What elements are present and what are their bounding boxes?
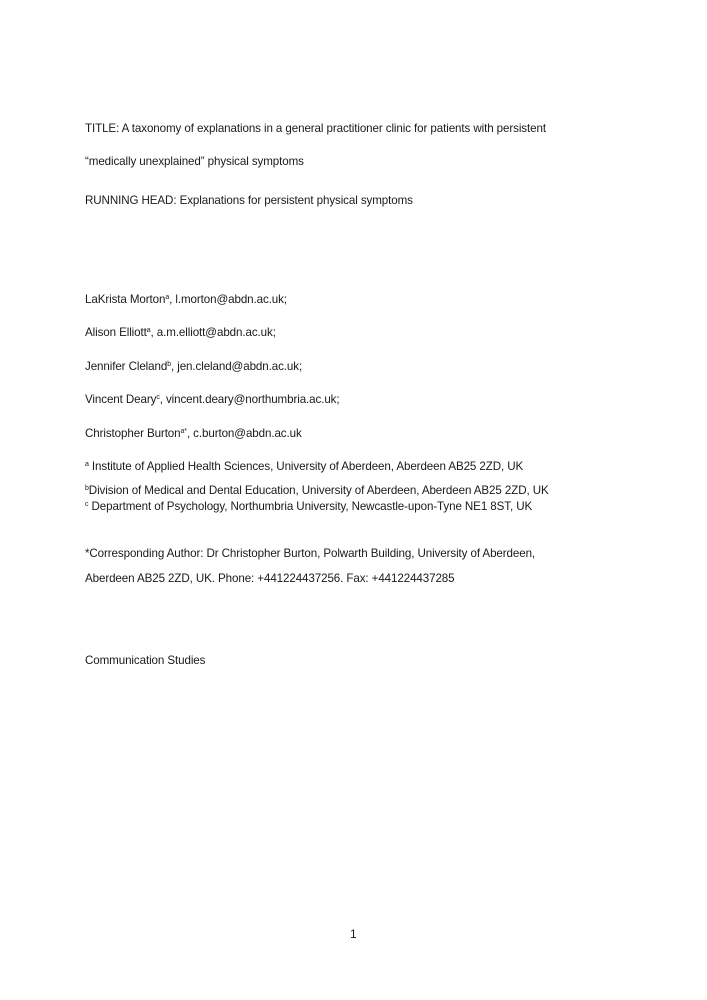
author-name: Vincent Deary xyxy=(85,393,156,406)
author-email: , vincent.deary@northumbria.ac.uk; xyxy=(160,393,340,406)
corresponding-line-2: Aberdeen AB25 2ZD, UK. Phone: +441224437… xyxy=(85,572,455,585)
journal-name: Communication Studies xyxy=(85,654,205,667)
corresponding-line-1: *Corresponding Author: Dr Christopher Bu… xyxy=(85,547,535,560)
author-email: , c.burton@abdn.ac.uk xyxy=(187,427,302,440)
author-5: Christopher Burtona*, c.burton@abdn.ac.u… xyxy=(85,427,302,440)
title-line-1: TITLE: A taxonomy of explanations in a g… xyxy=(85,122,546,135)
page-number: 1 xyxy=(350,927,357,941)
affiliation-text: Institute of Applied Health Sciences, Un… xyxy=(89,460,523,473)
author-1: LaKrista Mortona, l.morton@abdn.ac.uk; xyxy=(85,293,287,306)
author-name: Christopher Burton xyxy=(85,427,181,440)
author-name: Jennifer Cleland xyxy=(85,360,167,373)
author-4: Vincent Dearyc, vincent.deary@northumbri… xyxy=(85,393,340,406)
title-line-2: “medically unexplained” physical symptom… xyxy=(85,155,304,168)
author-3: Jennifer Clelandb, jen.cleland@abdn.ac.u… xyxy=(85,360,302,373)
author-email: , l.morton@abdn.ac.uk; xyxy=(169,293,287,306)
author-2: Alison Elliotta, a.m.elliott@abdn.ac.uk; xyxy=(85,326,276,339)
affiliation-c: c Department of Psychology, Northumbria … xyxy=(85,500,532,513)
author-email: , a.m.elliott@abdn.ac.uk; xyxy=(151,326,276,339)
author-email: , jen.cleland@abdn.ac.uk; xyxy=(171,360,302,373)
affiliation-text: Department of Psychology, Northumbria Un… xyxy=(88,500,532,513)
author-name: Alison Elliott xyxy=(85,326,147,339)
affiliation-text: Division of Medical and Dental Education… xyxy=(89,484,549,497)
running-head: RUNNING HEAD: Explanations for persisten… xyxy=(85,194,413,207)
author-name: LaKrista Morton xyxy=(85,293,165,306)
affiliation-b: bDivision of Medical and Dental Educatio… xyxy=(85,484,549,497)
affiliation-a: a Institute of Applied Health Sciences, … xyxy=(85,460,523,473)
